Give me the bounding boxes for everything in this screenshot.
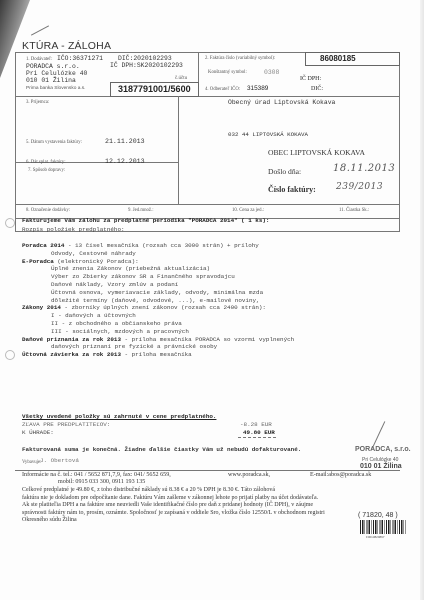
subscription-line: Zákony 2014 - zborníky úplných znení zák… — [22, 304, 294, 312]
document-title: KTÚRA - ZÁLOHA — [22, 40, 111, 52]
subscription-line: Daňové náklady, Vzory zmlúv a podaní — [22, 281, 294, 289]
subscription-line: dôležité termíny (daňové, odvodové, ...)… — [22, 297, 294, 305]
subscription-line: E-Poradca (elektronický Poradca): — [22, 258, 294, 266]
subscription-line-text: Výber zo Zbierky zákonov SR a Finančného… — [51, 273, 235, 280]
subscription-line-title: Daňové priznania za rok 2013 — [22, 336, 121, 343]
supplier-bank: Prima banka Slovensko a.s. — [26, 86, 85, 91]
supplier-name: PORADCA s.r.o. — [26, 63, 80, 70]
subscription-line-text: Úplné znenia Zákonov (priebežná aktualiz… — [51, 265, 210, 272]
included-note: Všetky uvedené položky sú zahrnuté v cen… — [22, 413, 216, 421]
page-edge-shadow — [420, 0, 424, 600]
due-date: 12.12.2013 — [105, 158, 145, 165]
subscription-line-text: (elektronický Poradca): — [54, 258, 139, 265]
subscription-line: Poradca 2014 - 13 čísel mesačníka (rozsa… — [22, 242, 294, 250]
discount-value: -8.28 EUR — [240, 421, 272, 429]
invoice-number-label: 2. Faktúra číslo (variabilný symbol): — [205, 56, 275, 61]
recipient-label: 3. Príjemca: — [26, 100, 49, 105]
punch-hole — [5, 218, 15, 228]
punch-hole — [5, 350, 15, 360]
company-stamp-city: 010 01 Žilina — [360, 463, 402, 470]
divider — [15, 96, 400, 97]
recipient-address: 032 44 LIPTOVSKÁ KOKAVA — [228, 131, 308, 138]
supplier-dic: DIČ:2020102293 — [118, 55, 172, 62]
dic-label: DIČ: — [311, 86, 323, 92]
supplier-ic-dph: IČ DPH:SK2020102293 — [110, 62, 183, 69]
subscription-line-text: III - sociálnych, mzdových a pracovných — [51, 328, 189, 335]
received-date: 18.11.2013 — [333, 163, 395, 174]
subscription-line: III - sociálnych, mzdových a pracovných — [22, 328, 294, 336]
fold-crease — [31, 25, 49, 35]
supplier-city: 010 01 Žilina — [26, 77, 76, 84]
account-number: 3187791001/5600 — [118, 84, 191, 94]
supplier-ico: IČO:36371271 — [57, 55, 103, 62]
subscription-line: Odvody, Cestovné náhrady — [22, 250, 294, 258]
divider — [15, 204, 400, 205]
signature-stroke — [372, 421, 386, 449]
due-date-label: 6. Dát.splat. faktúry: — [26, 160, 66, 165]
subscription-line: Účtovná osnova, vymeriavacie základy, od… — [22, 289, 294, 297]
intro-text: Fakturujeme Vám zálohu za predplatné per… — [22, 217, 269, 225]
issued-by: J. Obertová — [40, 457, 79, 465]
issue-date-label: 5. Dátum vystavenia faktúry: — [26, 140, 82, 145]
subscription-line-text: - 13 čísel mesačníka (rozsah cca 3000 st… — [64, 242, 258, 249]
received-label: Došlo dňa: — [268, 167, 301, 176]
shipping-label: 7. Spôsob dopravy: — [28, 168, 65, 173]
barcode — [360, 520, 406, 534]
mobile-info: mobil: 0915 033 300, 0911 193 135 — [58, 478, 145, 486]
subscription-line-text: - zborníky úplných znení zákonov (rozsah… — [61, 304, 266, 311]
subscription-line-title: Účtovná závierka za rok 2013 — [22, 351, 121, 358]
company-stamp-name: PORADCA, s.r.o. — [355, 446, 411, 453]
breakdown-heading: Rozpis položiek predplatného: — [22, 226, 125, 234]
subscription-line-text: Odvody, Cestovné náhrady — [51, 250, 136, 257]
website-link[interactable]: www.poradca.sk, — [228, 471, 270, 479]
ic-dph-label: IČ DPH: — [300, 76, 321, 82]
subscription-line: Účtovná závierka za rok 2013 - príloha m… — [22, 351, 294, 359]
subscription-line: II - z obchodného a občianskeho práva — [22, 320, 294, 328]
constant-symbol: 0308 — [264, 69, 279, 76]
unit-price-label: 10. Cena za jed.: — [232, 208, 264, 213]
final-note: Fakturovaná suma je konečná. Žiadne ďalš… — [22, 446, 301, 454]
invoice-no-label: Číslo faktúry: — [268, 185, 316, 194]
subscription-line: Výber zo Zbierky zákonov SR a Finančného… — [22, 273, 294, 281]
email-link[interactable]: E-mail:abos@poradca.sk — [310, 471, 371, 479]
recipient-name: Obecný úrad Liptovská Kokava — [228, 99, 335, 106]
subscription-line-text: I - daňových a účtovných — [51, 312, 136, 319]
subscription-line: Daňové priznania za rok 2013 - príloha m… — [22, 336, 294, 344]
delivery-label: 8. Označenie dodávky: — [26, 208, 70, 213]
reference-code: ( 71820, 48 ) — [358, 512, 398, 520]
footer-line: Celkové predplatné je 49.80 €, z toho di… — [22, 487, 325, 495]
amount-label: 11. Čiastka Sk.: — [339, 208, 369, 213]
invoice-page: KTÚRA - ZÁLOHA 1. Dodávateľ: IČO:3637127… — [0, 0, 424, 600]
stamp-org: OBEC LIPTOVSKÁ KOKAVA — [268, 148, 365, 157]
customer-ico-label: 4. Odberateľ IČO: — [205, 87, 240, 92]
subscription-line-text: - príloha mesačníka PORADCA so vzormi vy… — [121, 336, 294, 343]
subscription-line-text: II - z obchodného a občianskeho práva — [51, 320, 182, 327]
invoice-no-handwritten: 239/2013 — [336, 182, 383, 192]
subscription-line-title: Zákony 2014 — [22, 304, 61, 311]
subscription-items: Poradca 2014 - 13 čísel mesačníka (rozsa… — [22, 242, 294, 359]
subscription-line-text: daňových priznaní pre fyzické a právnick… — [51, 343, 217, 350]
divider — [178, 96, 179, 204]
discount-label: ZĽAVA PRE PREDPLATITEĽOV: — [22, 421, 110, 429]
account-label: č.účtu — [175, 76, 187, 81]
subscription-line-text: - príloha mesačníka — [121, 351, 192, 358]
constant-symbol-label: Konštantný symbol: — [208, 70, 247, 75]
footer-paragraph: Celkové predplatné je 49.80 €, z toho di… — [22, 487, 325, 525]
footer-line: Okresného súdu Žilina — [22, 517, 325, 525]
total-underline — [238, 437, 276, 438]
subscription-line: Úplné znenia Zákonov (priebežná aktualiz… — [22, 265, 294, 273]
barcode-text: F0013820897 — [366, 535, 385, 539]
subscription-line-title: Poradca 2014 — [22, 242, 64, 249]
subscription-line: daňových priznaní pre fyzické a právnick… — [22, 343, 294, 351]
footer-line: Ak ste platiteľia DPH a na faktúre sme n… — [22, 502, 325, 510]
issued-by-label: Vybavuje: — [22, 460, 41, 465]
subscription-line-text: Účtovná osnova, vymeriavacie základy, od… — [51, 289, 263, 296]
subscription-line-title: E-Poradca — [22, 258, 54, 265]
subscription-line: I - daňových a účtovných — [22, 312, 294, 320]
supplier-label: 1. Dodávateľ: — [26, 57, 52, 62]
subscription-line-text: Daňové náklady, Vzory zmlúv a podaní — [51, 281, 178, 288]
unit-label: 9. Jed.množ.: — [128, 208, 154, 213]
total-label: K ÚHRADE: — [22, 429, 54, 437]
total-value: 49.80 EUR — [243, 429, 275, 437]
customer-ico: 315389 — [247, 85, 268, 92]
subscription-line-text: dôležité termíny (daňové, odvodové, ...)… — [51, 297, 260, 304]
issue-date: 21.11.2013 — [105, 138, 145, 145]
invoice-number: 86080185 — [320, 54, 356, 63]
supplier-street: Pri Celulózke 40 — [26, 70, 87, 77]
